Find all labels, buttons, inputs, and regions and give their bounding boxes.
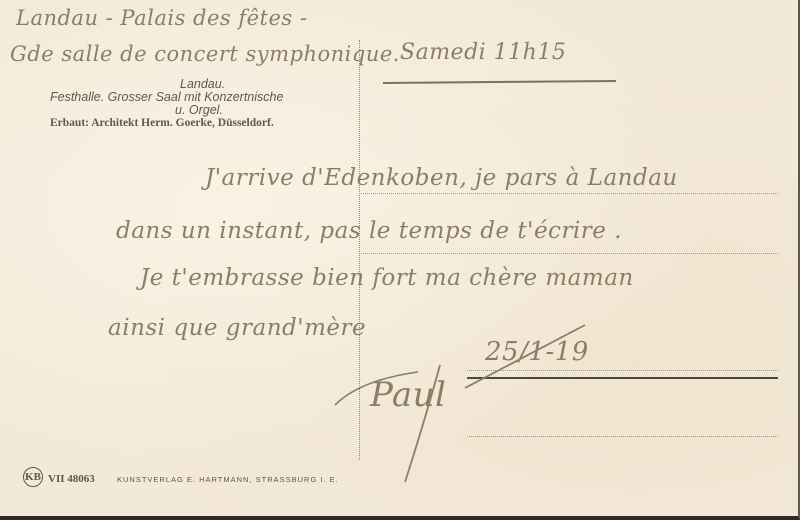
postcard-back: Landau - Palais des fêtes - Gde salle de… bbox=[0, 0, 800, 520]
publisher-logo-icon: KB bbox=[23, 467, 43, 487]
series-number: VII 48063 bbox=[48, 473, 95, 485]
publisher-imprint: KUNSTVERLAG E. HARTMANN, STRASSBURG I. E… bbox=[117, 475, 339, 484]
pen-strokes bbox=[0, 0, 800, 520]
